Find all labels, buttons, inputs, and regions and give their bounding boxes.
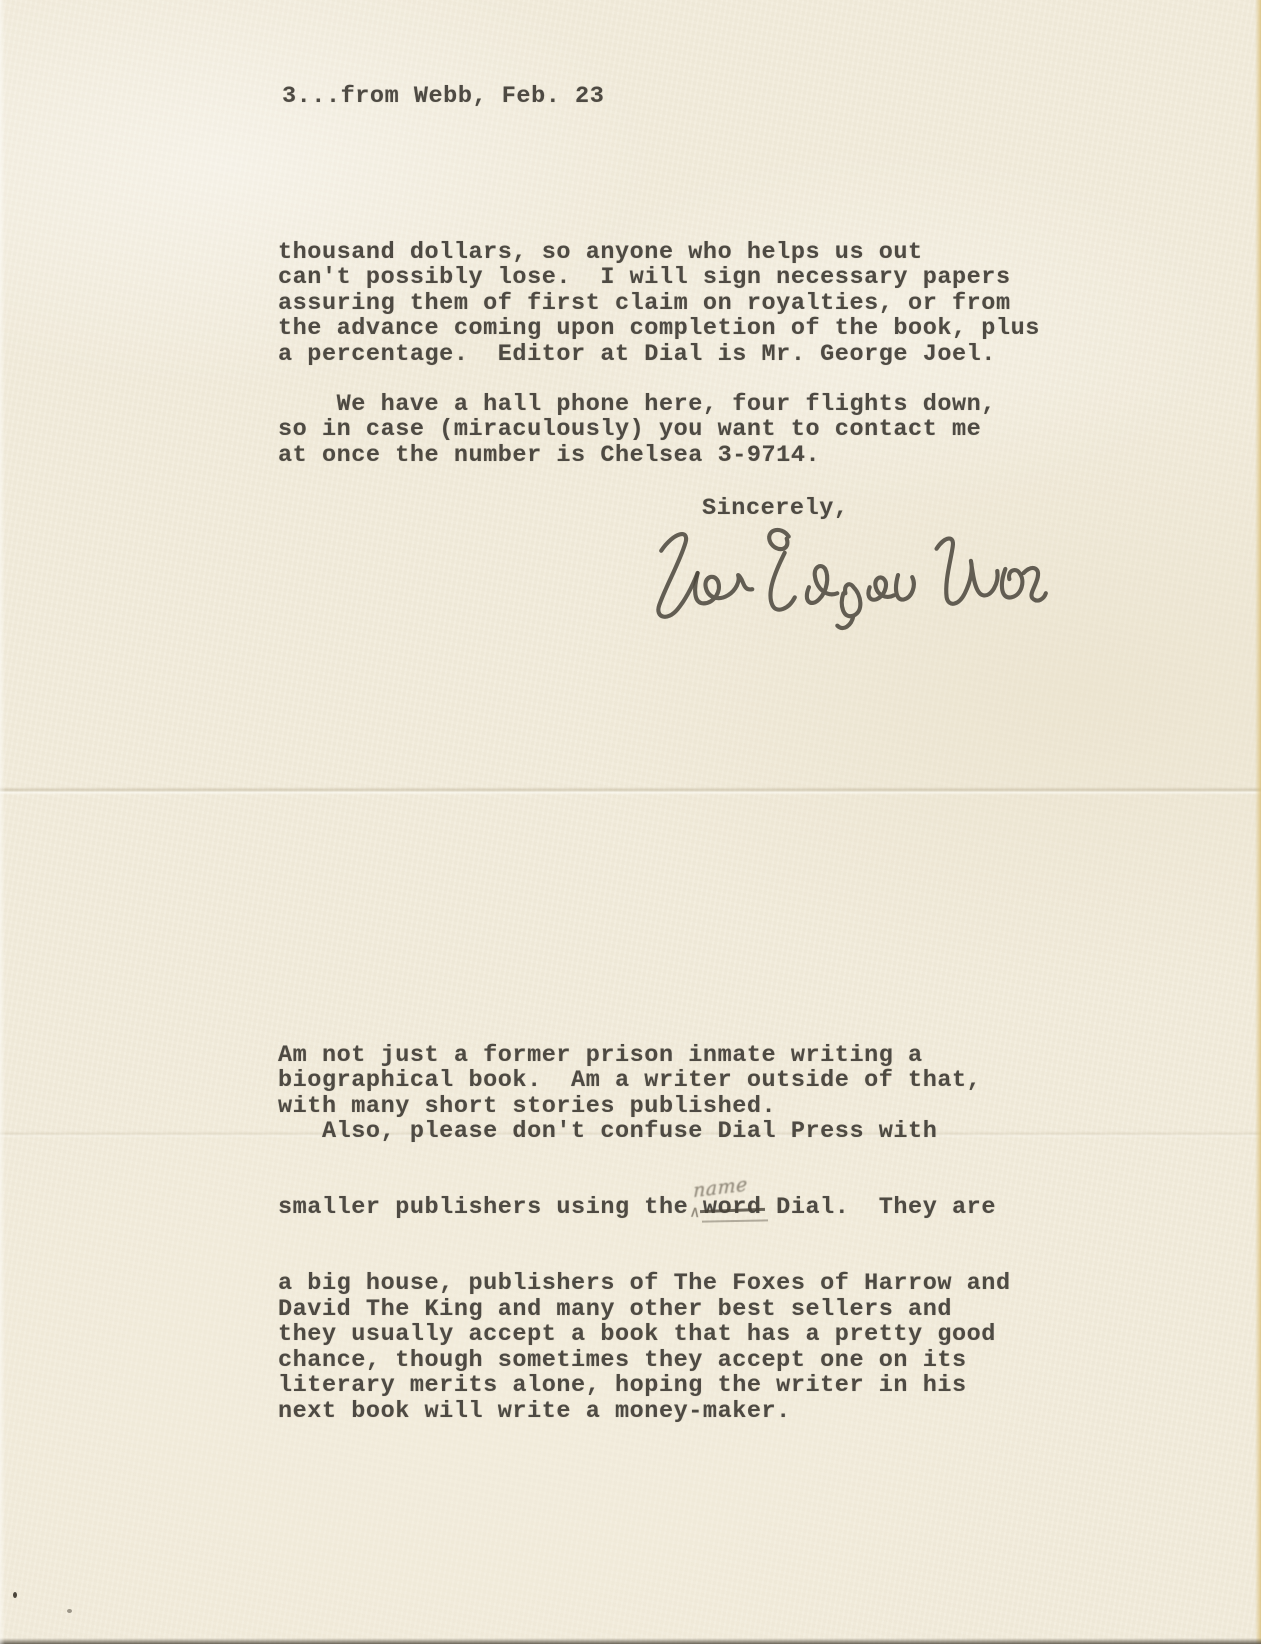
page-header: 3...from Webb, Feb. 23 <box>282 84 604 109</box>
paper-speck <box>13 1592 17 1598</box>
annotated-line-prefix: smaller publishers using the <box>278 1194 703 1221</box>
paper-speck <box>67 1609 72 1613</box>
fold-crease-upper <box>0 787 1261 795</box>
annotated-line-suffix: Dial. They are <box>762 1194 996 1221</box>
caret-mark: ∧ <box>689 1201 701 1227</box>
letter-page: 3...from Webb, Feb. 23 thousand dollars,… <box>0 0 1261 1644</box>
signature-jon-edgar-webb <box>645 512 1060 632</box>
paragraph-hall-phone: We have a hall phone here, four flights … <box>278 392 996 468</box>
annotated-line: smaller publishers using the ∧wordname D… <box>278 1195 1011 1220</box>
scan-edge-right <box>1255 0 1261 1644</box>
paragraph-writer-credentials: Am not just a former prison inmate writi… <box>278 992 1011 1475</box>
section2-lines-a: Am not just a former prison inmate writi… <box>278 1043 1011 1145</box>
scan-edge-left <box>0 0 5 1644</box>
signature-ink-strokes <box>645 512 1060 632</box>
paragraph-royalties: thousand dollars, so anyone who helps us… <box>278 240 1040 367</box>
scan-edge-bottom <box>0 1638 1261 1644</box>
section2-lines-b: a big house, publishers of The Foxes of … <box>278 1271 1011 1423</box>
correction-group: ∧wordname <box>703 1195 762 1220</box>
